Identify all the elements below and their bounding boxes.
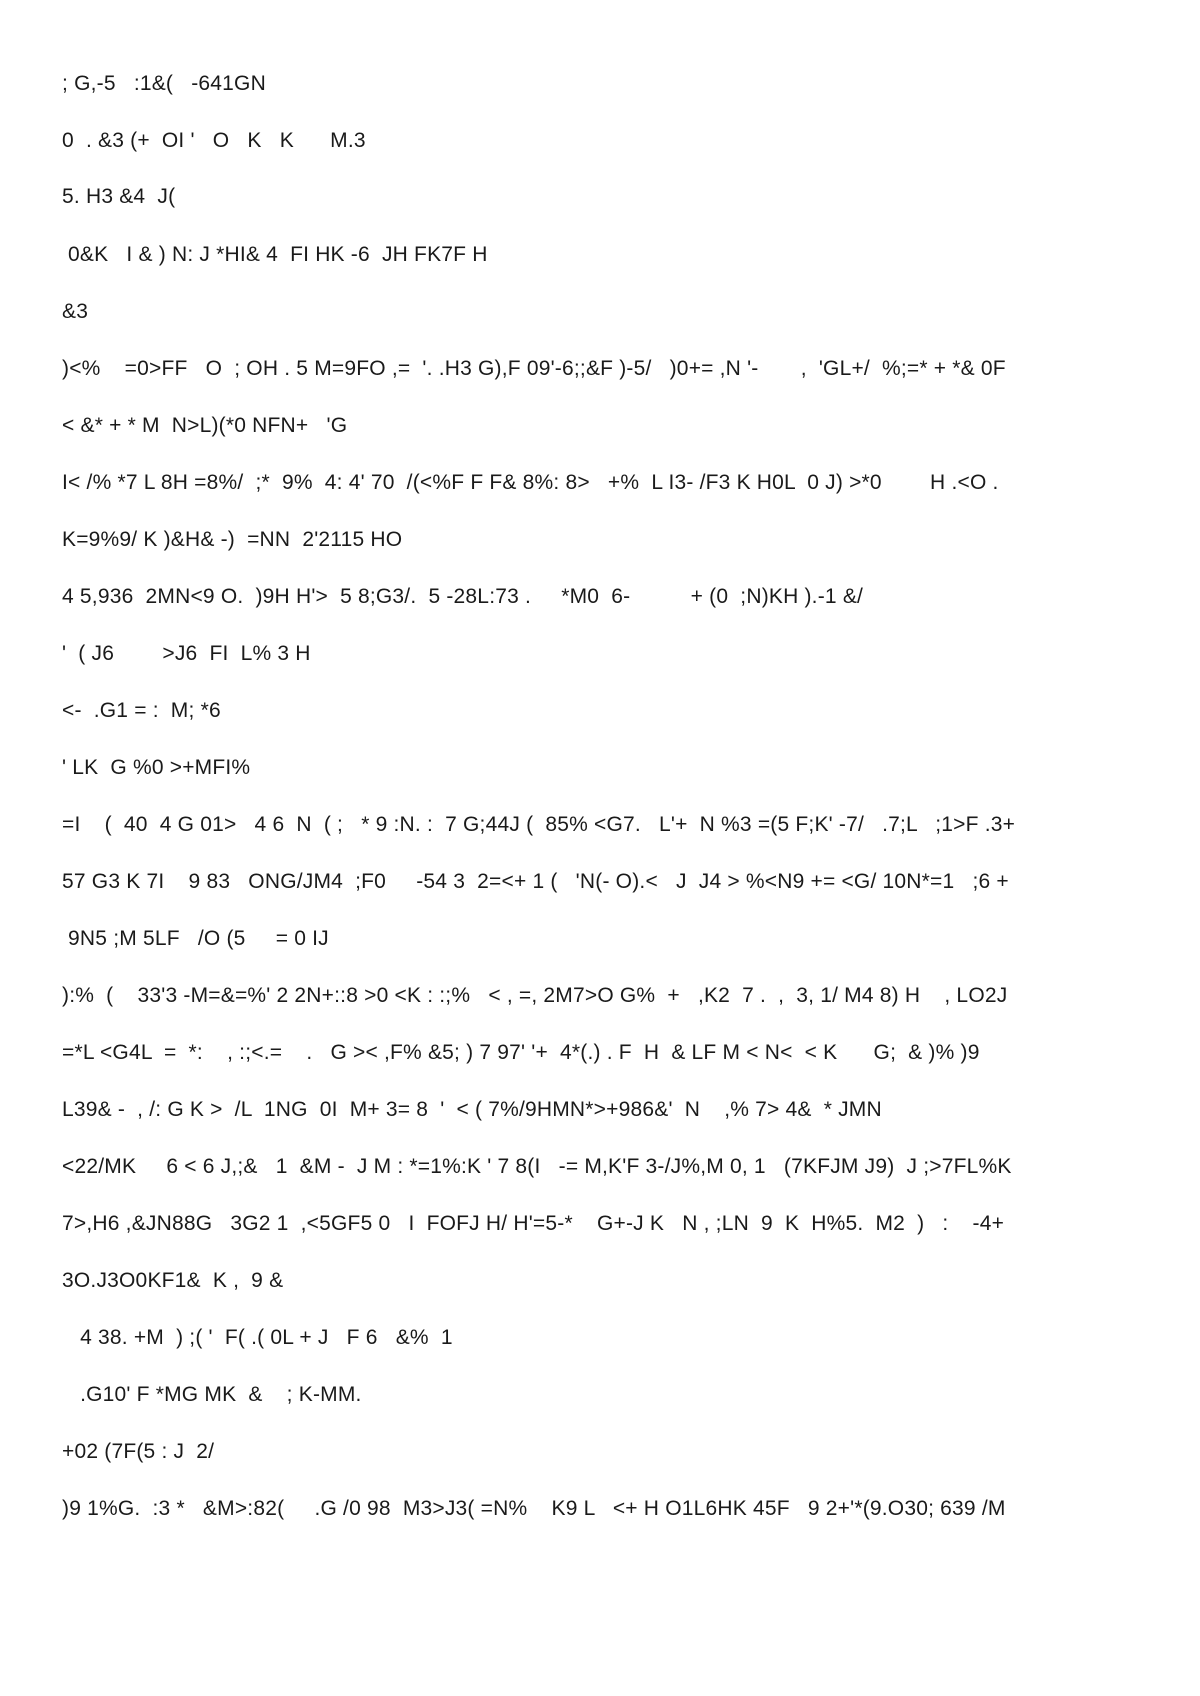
text-line: 57 G3 K 7I 9 83 ONG/JM4 ;F0 -54 3 2=<+ 1… [62, 869, 1009, 895]
text-line: =*L <G4L = *: , :;<.= . G >< ,F% &5; ) 7… [62, 1040, 980, 1066]
text-line: 4 38. +M ) ;( ' F( .( 0L + J F 6 &% 1 [62, 1325, 453, 1351]
text-line: 0&K I & ) N: J *HI& 4 FI HK -6 JH FK7F H [62, 242, 488, 268]
text-line: < &* + * M N>L)(*0 NFN+ 'G [62, 413, 347, 439]
text-line: 3O.J3O0KF1& K , 9 & [62, 1268, 283, 1294]
text-line: .G10' F *MG MK & ; K-MM. [62, 1382, 362, 1408]
text-line: &3 [62, 299, 88, 325]
text-line: K=9%9/ K )&H& -) =NN 2'2115 HO [62, 527, 402, 553]
text-line: ; G,-5 :1&( -641GN [62, 71, 266, 97]
text-line: )9 1%G. :3 * &M>:82( .G /0 98 M3>J3( =N%… [62, 1496, 1006, 1522]
text-line: =I ( 40 4 G 01> 4 6 N ( ; * 9 :N. : 7 G;… [62, 812, 1015, 838]
text-line: <22/MK 6 < 6 J,;& 1 &M - J M : *=1%:K ' … [62, 1154, 1012, 1180]
text-line: L39& - , /: G K > /L 1NG 0I M+ 3= 8 ' < … [62, 1097, 882, 1123]
text-line: 9N5 ;M 5LF /O (5 = 0 IJ [62, 926, 329, 952]
text-line: <- .G1 = : M; *6 [62, 698, 221, 724]
document-page: ; G,-5 :1&( -641GN 0 . &3 (+ OI ' O K K … [0, 0, 1200, 1696]
text-line: 4 5,936 2MN<9 O. )9H H'> 5 8;G3/. 5 -28L… [62, 584, 863, 610]
text-line: I< /% *7 L 8H =8%/ ;* 9% 4: 4' 70 /(<%F … [62, 470, 999, 496]
text-line: )<% =0>FF O ; OH . 5 M=9FO ,= '. .H3 G),… [62, 356, 1006, 382]
text-line: ' ( J6 >J6 FI L% 3 H [62, 641, 311, 667]
text-line: 5. H3 &4 J( [62, 184, 175, 210]
text-line: +02 (7F(5 : J 2/ [62, 1439, 214, 1465]
text-line: 7>,H6 ,&JN88G 3G2 1 ,<5GF5 0 I FOFJ H/ H… [62, 1211, 1004, 1237]
text-line: ' LK G %0 >+MFI% [62, 755, 250, 781]
text-line: 0 . &3 (+ OI ' O K K M.3 [62, 128, 366, 154]
text-line: ):% ( 33'3 -M=&=%' 2 2N+::8 >0 <K : :;% … [62, 983, 1007, 1009]
